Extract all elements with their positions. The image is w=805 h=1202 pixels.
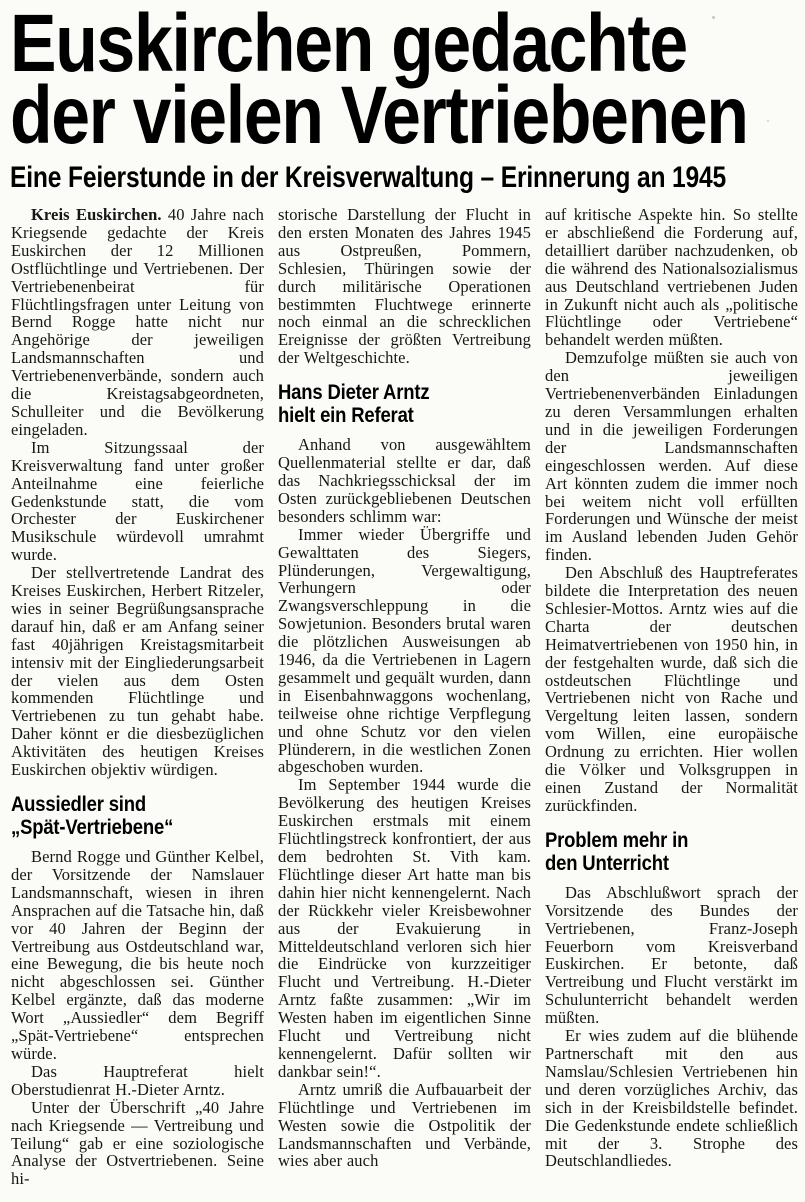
newspaper-clipping: Euskirchen gedachte der vielen Vertriebe… bbox=[0, 0, 805, 1202]
article-body: Kreis Euskirchen. 40 Jahre nach Kriegsen… bbox=[0, 194, 805, 1188]
paragraph: Bernd Rogge und Günther Kelbel, der Vors… bbox=[11, 848, 264, 1063]
paragraph: Immer wieder Übergriffe und Gewalttaten … bbox=[278, 526, 531, 777]
section-heading: Problem mehr in den Unterricht bbox=[545, 829, 799, 875]
article-column-1: Kreis Euskirchen. 40 Jahre nach Kriegsen… bbox=[11, 206, 264, 1188]
paragraph: Das Abschlußwort sprach der Vorsitzende … bbox=[545, 884, 798, 1027]
paragraph-text: 40 Jahre nach Kriegsende gedachte der Kr… bbox=[11, 205, 264, 439]
section-heading: Hans Dieter Arntz hielt ein Referat bbox=[278, 381, 532, 427]
paragraph: Unter der Überschrift „40 Jahre nach Kri… bbox=[11, 1099, 264, 1189]
paragraph: Im Sitzungssaal der Kreisverwaltung fand… bbox=[11, 439, 264, 564]
headline: Euskirchen gedachte der vielen Vertriebe… bbox=[10, 4, 799, 152]
article-column-2: storische Darstellung der Flucht in den … bbox=[278, 206, 531, 1188]
paragraph: Der stellvertretende Landrat des Kreises… bbox=[11, 564, 264, 779]
paragraph: Demzufolge müßten sie auch von den jewei… bbox=[545, 349, 798, 564]
paragraph: Arntz umriß die Aufbauarbeit der Flüchtl… bbox=[278, 1081, 531, 1171]
article-column-3: auf kritische Aspekte hin. So stellte er… bbox=[545, 206, 798, 1188]
paragraph: Kreis Euskirchen. 40 Jahre nach Kriegsen… bbox=[11, 206, 264, 439]
paragraph: Anhand von ausgewähltem Quellenmaterial … bbox=[278, 436, 531, 526]
subheadline: Eine Feierstunde in der Kreisverwaltung … bbox=[10, 162, 804, 194]
paragraph-continuation: auf kritische Aspekte hin. So stellte er… bbox=[545, 206, 798, 349]
paragraph: Im September 1944 wurde die Bevölkerung … bbox=[278, 776, 531, 1080]
paragraph: Er wies zudem auf die blühende Partnersc… bbox=[545, 1027, 798, 1170]
paragraph: Das Hauptreferat hielt Oberstudienrat H.… bbox=[11, 1063, 264, 1099]
paragraph: Den Abschluß des Hauptreferates bildete … bbox=[545, 564, 798, 815]
paragraph-continuation: storische Darstellung der Flucht in den … bbox=[278, 206, 531, 367]
paragraph-lead-in: Kreis Euskirchen. bbox=[31, 205, 162, 224]
section-heading: Aussiedler sind „Spät-Vertriebene“ bbox=[11, 793, 265, 839]
article-header: Euskirchen gedachte der vielen Vertriebe… bbox=[0, 0, 805, 194]
